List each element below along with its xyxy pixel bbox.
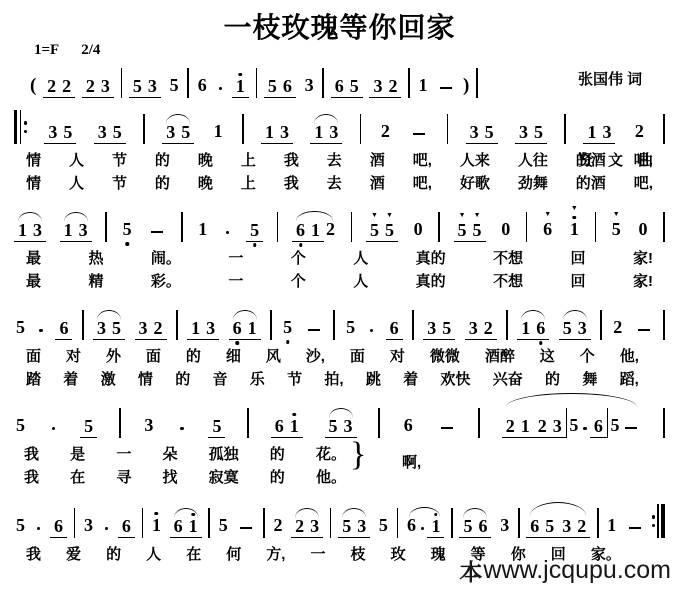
slur-group: 61 bbox=[170, 505, 202, 538]
note-digit: 3 bbox=[142, 416, 155, 434]
barline bbox=[447, 114, 449, 144]
note-digit: 5 bbox=[543, 517, 556, 535]
note-digit: 5 bbox=[61, 123, 74, 141]
note-digit: 2 bbox=[271, 516, 284, 534]
lyric-syllable: 跳 bbox=[366, 369, 381, 390]
slur-group: 53 bbox=[559, 307, 591, 340]
 bbox=[657, 504, 659, 538]
note-digit: 3 bbox=[576, 319, 589, 337]
lyric-syllable: 拍, bbox=[324, 369, 343, 390]
barline bbox=[322, 68, 324, 98]
lyric-syllable: 吧, bbox=[413, 150, 432, 171]
lyric-syllable: 玫 bbox=[391, 544, 406, 565]
note-digit: 5 bbox=[111, 123, 124, 141]
lyric-syllable: 的 bbox=[175, 369, 190, 390]
note-glyph: 5 bbox=[473, 221, 482, 239]
note-digit: 3 bbox=[308, 517, 321, 535]
note-glyph: 5 bbox=[569, 416, 578, 434]
lyric-syllable: 精 bbox=[88, 271, 103, 292]
note-glyph: 3 bbox=[101, 77, 110, 95]
note-glyph: 3 bbox=[84, 516, 93, 534]
note-glyph: 2 bbox=[506, 417, 515, 435]
dash-note bbox=[151, 231, 163, 233]
note-digit: 5 bbox=[340, 517, 353, 535]
lyric-syllable: 欢快 bbox=[440, 369, 470, 390]
note-glyph: 2 bbox=[295, 517, 304, 535]
note-glyph: 3 bbox=[470, 123, 479, 141]
slur-group: 35 bbox=[162, 111, 194, 144]
note-digit: 5 bbox=[248, 221, 261, 239]
barline bbox=[378, 408, 380, 438]
note-glyph: 3 bbox=[469, 319, 478, 337]
note-digit: 6▼ bbox=[541, 220, 554, 238]
barline bbox=[597, 508, 599, 538]
note-glyph: 1 bbox=[198, 220, 207, 238]
note-glyph: 2 bbox=[484, 319, 493, 337]
beam-group: 53 bbox=[559, 319, 591, 340]
lyric-syllable: 着 bbox=[63, 369, 78, 390]
lyric-syllable: 的酒 bbox=[576, 150, 606, 171]
note-digit: 5 bbox=[344, 318, 357, 336]
note-glyph: 1 bbox=[152, 516, 161, 534]
barline bbox=[181, 212, 183, 242]
octave-dot-low-icon bbox=[299, 243, 303, 247]
staccato-icon: ▼ bbox=[613, 211, 620, 218]
note-glyph: 0 bbox=[638, 220, 647, 238]
note-glyph: 5 bbox=[84, 417, 93, 435]
dash-note bbox=[625, 427, 637, 429]
lyric-syllable: 他。 bbox=[316, 467, 346, 488]
note-digit: 3 bbox=[99, 77, 112, 95]
note-glyph: 5 bbox=[16, 318, 25, 336]
note-digit: 5 bbox=[14, 318, 27, 336]
barline bbox=[143, 114, 145, 144]
barline bbox=[564, 114, 566, 144]
staccato-icon: ▼ bbox=[459, 212, 466, 219]
note-glyph: 5 bbox=[123, 220, 132, 238]
notation-row: 3535351131323535132 bbox=[14, 100, 665, 144]
note-digit: 2 bbox=[482, 319, 495, 337]
lyric-syllable: 最 bbox=[26, 271, 41, 292]
lyric-syllable: 酒醉 bbox=[485, 346, 515, 367]
lyric-syllable: 吧, bbox=[413, 173, 432, 194]
note-glyph: 3 bbox=[427, 319, 436, 337]
note-digit: 5 bbox=[483, 123, 496, 141]
note-glyph: 6 bbox=[404, 416, 413, 434]
beam-group: 32 bbox=[369, 77, 401, 98]
beam-group: 53 bbox=[338, 517, 370, 538]
lyric-syllable: 人往 bbox=[518, 150, 548, 171]
note-digit: 3 bbox=[96, 123, 109, 141]
lyric-syllable: 的酒 bbox=[576, 173, 606, 194]
lyric-syllable: 朵 bbox=[162, 444, 177, 465]
note-digit: 1 bbox=[246, 319, 259, 337]
lyric-syllable: 我 bbox=[284, 150, 299, 171]
beam-group: 56 bbox=[264, 77, 296, 98]
barline bbox=[187, 68, 189, 98]
lyric-syllable: 人 bbox=[353, 271, 368, 292]
barline bbox=[263, 508, 265, 538]
note-digit: 1 bbox=[212, 122, 225, 140]
note-digit: 1 bbox=[605, 516, 618, 534]
note-digit: 1▼ bbox=[568, 220, 581, 238]
note-glyph: 1 bbox=[236, 77, 245, 95]
beam-group: 13 bbox=[187, 319, 219, 340]
note-glyph: 1 bbox=[607, 516, 616, 534]
note-glyph: 5 bbox=[112, 319, 121, 337]
octave-dot-low-icon bbox=[235, 341, 239, 345]
system-5: 5535615362123565我是一朵孤独的花。我在寻找寂寞的他。}啊, bbox=[0, 394, 679, 488]
lyric-syllable: 情 bbox=[26, 150, 41, 171]
beam-group: 23 bbox=[82, 77, 114, 98]
lyrics-row: 情人节的晚上我去酒吧,人来人往的酒吧, bbox=[26, 150, 653, 171]
note-digit: 2 bbox=[324, 220, 337, 238]
lyric-syllable: 闹。 bbox=[151, 248, 181, 269]
octave-dot-high-icon bbox=[292, 413, 296, 417]
lyrics-row: 踏着激情的音乐节拍,跳着欢快兴奋的舞蹈, bbox=[26, 369, 639, 390]
notation-row: 563616152235356156365321 bbox=[14, 494, 665, 538]
note-digit: 6 bbox=[196, 76, 209, 94]
barline bbox=[478, 408, 480, 438]
note-digit: 3 bbox=[204, 319, 217, 337]
slur-group: 61 bbox=[405, 504, 445, 538]
note-glyph: 2 bbox=[613, 318, 622, 336]
note-digit: 3 bbox=[82, 516, 95, 534]
note-digit: 1 bbox=[519, 417, 532, 435]
note-digit: 1 bbox=[150, 516, 163, 534]
note-digit: 1 bbox=[62, 221, 75, 239]
note-digit: 1 bbox=[288, 417, 301, 435]
beam-group: 16 bbox=[517, 319, 549, 340]
lyric-syllable: 一 bbox=[310, 544, 325, 565]
time-signature: 2/4 bbox=[81, 42, 100, 59]
note-digit: 5 bbox=[440, 319, 453, 337]
beam-group: 35 bbox=[466, 123, 498, 144]
note-digit: 5 bbox=[179, 123, 192, 141]
beam-group: 32 bbox=[135, 319, 167, 340]
close-paren: ) bbox=[463, 76, 469, 95]
note-digit: 3 bbox=[146, 77, 159, 95]
lyric-syllable: 踏 bbox=[26, 369, 41, 390]
note-glyph: 6 bbox=[390, 319, 399, 337]
note-glyph: 6 bbox=[594, 417, 603, 435]
barline bbox=[438, 212, 440, 242]
note-glyph: 5 bbox=[113, 123, 122, 141]
note-glyph: 3 bbox=[33, 221, 42, 239]
slur-group: 35 bbox=[93, 307, 125, 340]
note-glyph: 3 bbox=[139, 319, 148, 337]
lyric-syllable: 面 bbox=[146, 346, 161, 367]
note-glyph: 5 bbox=[350, 77, 359, 95]
lyric-syllable: 他, bbox=[620, 346, 639, 367]
lyric-syllable: 外 bbox=[106, 346, 121, 367]
beam-group: 61 bbox=[271, 417, 303, 438]
augmentation-dot-icon bbox=[370, 329, 374, 333]
system-2: 3535351131323535132情人节的晚上我去酒吧,人来人往的酒吧,情人… bbox=[0, 100, 679, 194]
note-digit: 2 bbox=[504, 417, 517, 435]
note-digit: 3 bbox=[468, 123, 481, 141]
note-glyph: 6 bbox=[198, 76, 207, 94]
dash-note bbox=[240, 527, 252, 529]
note-digit: 6 bbox=[273, 417, 286, 435]
note-digit: 1 bbox=[187, 517, 200, 535]
note-glyph: 6 bbox=[478, 517, 487, 535]
lyric-syllable: 人 bbox=[69, 150, 84, 171]
note-digit: 6 bbox=[120, 517, 133, 535]
barline bbox=[82, 310, 84, 340]
note-glyph: 5 bbox=[16, 416, 25, 434]
lyric-syllable: 人 bbox=[146, 544, 161, 565]
note-digit: 6 bbox=[281, 77, 294, 95]
 bbox=[24, 130, 27, 133]
lyric-syllable: 吧, bbox=[634, 173, 653, 194]
lyric-syllable: 不想 bbox=[493, 271, 523, 292]
beam-group: 35 bbox=[44, 123, 76, 144]
note-glyph: 6 bbox=[122, 517, 131, 535]
note-glyph: 6 bbox=[530, 517, 539, 535]
augmentation-dot-icon bbox=[105, 527, 109, 531]
lyric-syllable: 沙, bbox=[306, 346, 325, 367]
lyric-syllable: 这 bbox=[540, 346, 555, 367]
note-glyph: 1 bbox=[419, 76, 428, 94]
note-glyph: 0 bbox=[414, 220, 423, 238]
beam-group: 35 bbox=[94, 123, 126, 144]
note-digit: 5 bbox=[217, 516, 230, 534]
lyrics-row: 最热闹。一个人真的不想回家! bbox=[26, 248, 653, 269]
lyric-syllable: 节 bbox=[112, 173, 127, 194]
note-glyph: 5 bbox=[268, 77, 277, 95]
lyric-syllable: 着 bbox=[403, 369, 418, 390]
note-digit: 6 bbox=[231, 319, 244, 337]
note-glyph: 5 bbox=[133, 77, 142, 95]
beam-group: 6 bbox=[55, 319, 72, 340]
note-glyph: 3 bbox=[280, 123, 289, 141]
note-glyph: 5 bbox=[63, 123, 72, 141]
lyric-syllable: 在 bbox=[186, 544, 201, 565]
note-glyph: 5 bbox=[346, 318, 355, 336]
beam-group: 32 bbox=[558, 517, 590, 538]
lyric-syllable: 晚 bbox=[198, 173, 213, 194]
beam-group: 13 bbox=[14, 221, 46, 242]
slur-group: 612 bbox=[292, 208, 337, 242]
lyric-syllable: 真的 bbox=[416, 248, 446, 269]
note-glyph: 3 bbox=[578, 319, 587, 337]
note-digit: 5 bbox=[131, 77, 144, 95]
lyric-syllable: 的 bbox=[545, 369, 560, 390]
barline bbox=[333, 310, 335, 340]
note-glyph: 5 bbox=[458, 221, 467, 239]
slur-group: 13 bbox=[60, 209, 92, 242]
note-digit: 2 bbox=[84, 77, 97, 95]
beam-group: 35 bbox=[93, 319, 125, 340]
note-digit: 3 bbox=[467, 319, 480, 337]
lyric-syllable: 我 bbox=[284, 173, 299, 194]
lyric-syllable: 微微 bbox=[430, 346, 460, 367]
note-glyph: 6 bbox=[275, 417, 284, 435]
note-glyph: 5 bbox=[534, 123, 543, 141]
lyric-syllable: 人 bbox=[69, 173, 84, 194]
note-digit: 6 bbox=[405, 516, 418, 534]
 bbox=[24, 121, 27, 124]
note-digit: 3 bbox=[498, 516, 511, 534]
note-digit: 5 bbox=[532, 123, 545, 141]
lyric-syllable: 我 bbox=[26, 544, 41, 565]
lyric-syllable: 在 bbox=[70, 467, 85, 488]
system-4: 5635321361556353216532面对外面的细风沙,面对微微酒醉这个他… bbox=[0, 296, 679, 390]
note-glyph: 2 bbox=[326, 220, 335, 238]
note-digit: 2 bbox=[60, 77, 73, 95]
augmentation-dot-icon bbox=[52, 427, 56, 431]
beam-group: 61 bbox=[170, 517, 202, 538]
lyric-syllable: 的 bbox=[106, 544, 121, 565]
note-digit: 1 bbox=[585, 123, 598, 141]
note-glyph: 2 bbox=[47, 77, 56, 95]
beam-group: 32 bbox=[465, 319, 497, 340]
 bbox=[20, 110, 22, 144]
note-glyph: 3 bbox=[148, 77, 157, 95]
note-glyph: 5 bbox=[545, 517, 554, 535]
note-digit: 2 bbox=[633, 122, 646, 140]
note-digit: 3 bbox=[327, 123, 340, 141]
verse-brace: } bbox=[350, 438, 366, 472]
note-glyph: 5 bbox=[219, 516, 228, 534]
lyric-syllable: 好歌 bbox=[460, 173, 490, 194]
interjection-lyric: 啊, bbox=[402, 451, 421, 472]
lyric-syllable: 枝 bbox=[351, 544, 366, 565]
slur-group: 13 bbox=[14, 209, 46, 242]
note-digit: 5 bbox=[121, 220, 134, 238]
lyric-syllable: 的 bbox=[155, 150, 170, 171]
barline bbox=[526, 212, 528, 242]
note-digit: 3 bbox=[517, 123, 530, 141]
octave-dot-high-icon bbox=[239, 73, 243, 77]
note-glyph: 2 bbox=[635, 122, 644, 140]
dash-note bbox=[629, 527, 641, 529]
note-digit: 3 bbox=[371, 77, 384, 95]
barline bbox=[397, 508, 399, 538]
augmentation-dot-icon bbox=[180, 427, 184, 431]
note-digit: 2 bbox=[386, 77, 399, 95]
lyric-syllable: 花。 bbox=[316, 444, 346, 465]
 bbox=[652, 524, 655, 527]
lyric-syllable: 节 bbox=[287, 369, 302, 390]
note-glyph: 3 bbox=[553, 417, 562, 435]
lyric-syllable: 音 bbox=[212, 369, 227, 390]
note-digit: 5 bbox=[266, 77, 279, 95]
slur-group: 16 bbox=[517, 307, 549, 340]
note-glyph: 5 bbox=[283, 318, 292, 336]
note-glyph: 5 bbox=[16, 516, 25, 534]
note-digit: 5 bbox=[168, 76, 181, 94]
lyric-syllable: 对 bbox=[66, 346, 81, 367]
lyric-syllable: 寂寞 bbox=[209, 467, 239, 488]
beam-group: 61 bbox=[292, 221, 324, 242]
beam-group: 5▼5▼ bbox=[366, 221, 398, 242]
lyric-syllable: 个 bbox=[291, 271, 306, 292]
octave-dot-low-icon bbox=[125, 242, 129, 246]
barline bbox=[119, 408, 121, 438]
note-digit: 3 bbox=[278, 123, 291, 141]
note-digit: 3 bbox=[31, 221, 44, 239]
note-glyph: 5 bbox=[212, 417, 221, 435]
dash-note bbox=[413, 133, 425, 135]
lyric-syllable: 一 bbox=[228, 248, 243, 269]
lyrics-row: 我是一朵孤独的花。 bbox=[24, 444, 346, 465]
note-digit: 3 bbox=[46, 123, 59, 141]
note-digit: 1 bbox=[519, 319, 532, 337]
watermark: 本 www.jcqupu.com bbox=[459, 554, 671, 587]
note-digit: 6 bbox=[52, 517, 65, 535]
note-glyph: 5 bbox=[442, 319, 451, 337]
 bbox=[24, 121, 27, 132]
note-digit: 2 bbox=[575, 517, 588, 535]
note-glyph: 6 bbox=[59, 319, 68, 337]
note-digit: 1 bbox=[417, 76, 430, 94]
note-glyph: 3 bbox=[373, 77, 382, 95]
lyric-syllable: 最 bbox=[26, 248, 41, 269]
barline bbox=[595, 212, 597, 242]
barline bbox=[256, 68, 258, 98]
slur-group: 23 bbox=[291, 505, 323, 538]
note-digit: 6 bbox=[57, 319, 70, 337]
note-digit: 5 bbox=[110, 319, 123, 337]
watermark-logo-icon: 本 bbox=[459, 554, 482, 587]
note-glyph: 3 bbox=[519, 123, 528, 141]
notation-row: 5535615362123565 bbox=[14, 394, 665, 438]
open-paren: ( bbox=[30, 76, 36, 95]
lyric-syllable: 去 bbox=[327, 173, 342, 194]
lyric-syllable: 孤独 bbox=[209, 444, 239, 465]
beam-group: 53 bbox=[129, 77, 161, 98]
repeat-begin-icon bbox=[14, 110, 27, 144]
beam-group: 65 bbox=[526, 517, 558, 538]
barline bbox=[242, 114, 244, 144]
beam-group: 5 bbox=[246, 221, 263, 242]
lyric-syllable: 一 bbox=[228, 271, 243, 292]
barline bbox=[360, 114, 362, 144]
note-glyph: 1 bbox=[521, 417, 530, 435]
lyric-syllable: 上 bbox=[241, 173, 256, 194]
lyric-syllable: 的 bbox=[270, 444, 285, 465]
barline bbox=[518, 508, 520, 538]
note-glyph: 1 bbox=[314, 123, 323, 141]
lyric-syllable: 去 bbox=[327, 150, 342, 171]
lyric-syllable: 节 bbox=[112, 150, 127, 171]
lyric-syllable: 我 bbox=[24, 444, 39, 465]
slur-group: 13 bbox=[310, 111, 342, 144]
note-digit: 2 bbox=[536, 417, 549, 435]
slur-group: 53 bbox=[325, 405, 357, 438]
beam-group: 13 bbox=[60, 221, 92, 242]
note-glyph: 3 bbox=[305, 76, 314, 94]
note-digit: 5 bbox=[210, 417, 223, 435]
notation-row: 13135156125▼5▼05▼5▼06▼1▼5▼0 bbox=[14, 198, 665, 242]
note-glyph: 5 bbox=[250, 221, 259, 239]
note-glyph: 5 bbox=[485, 123, 494, 141]
lyric-syllable: 激 bbox=[101, 369, 116, 390]
slur-group: 61 bbox=[229, 307, 261, 340]
note-glyph: 3 bbox=[344, 417, 353, 435]
lyric-syllable: 酒 bbox=[370, 173, 385, 194]
lyric-syllable: 家! bbox=[633, 271, 653, 292]
phrase-slur-group: 2123565 bbox=[502, 392, 642, 438]
note-glyph: 1 bbox=[191, 319, 200, 337]
barline bbox=[176, 310, 178, 340]
note-digit: 6 bbox=[172, 517, 185, 535]
note-glyph: 3 bbox=[144, 416, 153, 434]
barline bbox=[663, 310, 665, 340]
barline bbox=[451, 508, 453, 538]
